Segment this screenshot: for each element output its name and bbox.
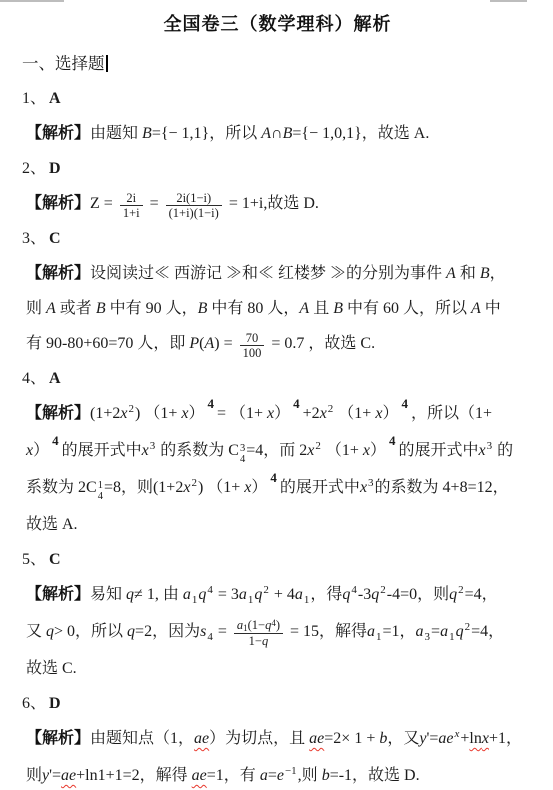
text-run: =8，则(1+2 [104,479,183,496]
text-run: ，得 [310,586,342,603]
fraction: 2i(1−i)(1+i)(1−i) [166,191,222,221]
text-run: B [333,300,343,317]
text-run: A [471,300,481,317]
text-run: = 15，解得 [286,623,367,640]
text-run: 故选 A. [26,516,78,533]
text-run: (1+i)(1−i) [169,206,219,220]
text-run: (1+2 [90,405,120,422]
text-run: 中 [481,300,501,317]
text-run: b [322,767,330,784]
text-run: （1+ [334,405,375,422]
text-run: ae [309,730,324,747]
text-run: e [277,767,284,784]
text-run: 4 [204,396,217,411]
fraction-numerator: 2i [120,191,143,205]
question-number: 3、 [22,230,46,247]
text-run: =4， [465,586,498,603]
text-run: 系数为 2C [26,479,97,496]
text-line: 则 A 或者 B 中有 90 人，B 中有 80 人，A 且 B 中有 60 人… [22,291,533,326]
page-title: 全国卷三（数学理科）解析 [22,8,533,40]
text-run: 由题知 [90,125,142,142]
text-run: ae [194,730,209,747]
text-line: 故选 C. [22,651,533,686]
text-run: 70 [246,331,259,345]
text-line: 有 90-80+60=70 人，即 P(A) = 70100 = 0.7 ，故选… [22,326,533,361]
answer-line: 2、D [22,151,533,186]
text-run: ae [61,767,76,784]
document-page: 全国卷三（数学理科）解析 一、选择题 1、A 【解析】由题知 B={− 1,1}… [0,0,553,790]
text-run: ) （1+ [198,479,244,496]
stack-superscript: 1 [98,480,103,491]
fraction: 70100 [240,331,265,361]
text-run: a [260,767,268,784]
fraction: 2i1+i [120,191,143,221]
text-run: ) = [214,335,236,352]
page-top-edge-right [490,0,527,2]
text-run: a [367,623,375,640]
text-run: x [320,405,327,422]
spellcheck-underlined-text: ae [192,767,207,784]
fraction-numerator: 70 [240,331,265,345]
text-run: B [142,125,152,142]
text-run: 的展开式中 [62,442,142,459]
text-run: ） [370,442,386,459]
text-run: ） [251,479,267,496]
fraction-denominator: (1+i)(1−i) [166,205,222,221]
question-number: 2、 [22,160,46,177]
answer-line: 6、D [22,686,533,721]
text-run: 【解析】 [26,265,90,282]
text-run: x [453,728,460,740]
text-run: -4=0，则 [387,586,449,603]
text-run: q [456,623,464,640]
text-run: 3 [486,440,494,452]
text-run: ∩ [271,125,283,142]
text-line: 故选 A. [22,507,533,542]
text-run: 2i(1−i) [176,191,211,205]
text-run: '= [426,730,438,747]
text-run: 设阅读过≪ 西游记 ≫和≪ 红楼梦 ≫的分别为事件 [90,265,446,282]
text-run: 的展开式中 [398,442,478,459]
text-run: 【解析】 [26,405,90,422]
text-run: 4 [350,584,358,596]
text-run: = [431,623,440,640]
text-run: ，所以（1+ [411,405,492,422]
question-number: 1、 [22,90,46,107]
answer-letter: D [46,695,61,712]
text-run: q [262,634,268,648]
text-run: 2 [127,403,135,415]
answer-letter: A [46,90,61,107]
fraction-numerator: a1(1−q4) [234,618,283,633]
text-line: 【解析】由题知 B={− 1,1}，所以 A∩B={− 1,0,1}，故选 A. [22,116,533,151]
text-line: 又 q> 0，所以 q=2，因为s4 = a1(1−q4)1−q = 15，解得… [22,614,533,651]
text-run: + 4 [270,586,295,603]
text-run: = （1+ [217,405,267,422]
text-run: 3 [424,631,432,643]
text-run: P [189,335,199,352]
text-run: 4 [206,584,214,596]
text-run: 100 [243,346,262,360]
text-run: ） [382,405,398,422]
text-run: B [96,300,106,317]
text-run: 和 [456,265,480,282]
question-block-4: 4、A 【解析】(1+2x2) （1+ x）4= （1+ x）4+2x2 （1+… [22,361,533,542]
fraction-denominator: 100 [240,345,265,361]
text-cursor [106,55,108,72]
answer-line: 1、A [22,81,533,116]
text-run: 4 [398,396,411,411]
text-run: 4 [49,433,62,448]
question-block-6: 6、D 【解析】由题知点（1，ae）为切点，且 ae=2× 1 + b，又y'=… [22,686,533,790]
text-run: x [142,442,149,459]
text-run: 有 90-80+60=70 人，即 [26,335,189,352]
text-run: A [446,265,456,282]
text-run: 2 [464,621,472,633]
text-run: =2，因为 [135,623,200,640]
text-run: 的系数为 C [156,442,239,459]
fraction-denominator: 1−q [234,633,283,649]
text-run: 则 [26,300,46,317]
text-run: （1+ [322,442,363,459]
text-line: 【解析】设阅读过≪ 西游记 ≫和≪ 红楼梦 ≫的分别为事件 A 和 B， [22,256,533,291]
answer-line: 4、A [22,361,533,396]
spellcheck-underlined-text: ae [61,767,76,784]
text-run: (1− [248,618,265,632]
text-run: =1，有 [207,767,260,784]
text-run: a [239,586,247,603]
analysis-paragraph: 【解析】(1+2x2) （1+ x）4= （1+ x）4+2x2 （1+ x）4… [22,396,533,542]
text-run: 1 [375,631,383,643]
text-run: ) （1+ [135,405,181,422]
text-run: A [46,300,56,317]
text-run: q [127,623,135,640]
stack-subscript: 4 [98,491,103,502]
question-number: 6、 [22,695,46,712]
question-number: 5、 [22,551,46,568]
text-run: '= [49,767,61,784]
spellcheck-underlined-text: lnx [469,730,489,747]
answer-line: 3、C [22,221,533,256]
text-run: 3 [367,477,375,489]
text-run: 【解析】 [26,125,90,142]
text-run: 4 [267,470,280,485]
text-run: 由题知点（1， [90,730,194,747]
text-run: ）为切点，且 [209,730,309,747]
text-run: −1 [284,765,298,777]
text-run: +2 [303,405,320,422]
text-run: 易知 [90,586,126,603]
page-top-edge-left [0,0,64,2]
text-run: 1 [303,594,311,606]
analysis-paragraph: 【解析】设阅读过≪ 西游记 ≫和≪ 红楼梦 ≫的分别为事件 A 和 B，则 A … [22,256,533,361]
sup-sub-stack: 14 [98,480,103,502]
text-run: ≠ 1, 由 [134,586,183,603]
analysis-paragraph: 【解析】易知 q≠ 1, 由 a1q4 = 3a1q2 + 4a1，得q4-3q… [22,577,533,686]
text-run: ,则 [298,767,322,784]
text-run: 中有 90 人， [106,300,198,317]
text-run: = [146,195,163,212]
text-run: 2 [190,477,198,489]
text-run: 的 [493,442,513,459]
text-run: = 1+i,故选 D. [225,195,319,212]
answer-letter: C [46,551,61,568]
text-run: =-1，故选 D. [330,767,420,784]
text-run: ) [276,618,280,632]
text-run: ={− 1,1}，所以 [152,125,261,142]
text-line: 【解析】(1+2x2) （1+ x）4= （1+ x）4+2x2 （1+ x）4… [22,396,533,433]
text-run: 的系数为 4+8=12， [375,479,509,496]
text-run: a [183,586,191,603]
text-run: ae [438,730,453,747]
text-run: 2 [327,403,335,415]
text-run: =4， [471,623,504,640]
text-run: 4 [386,433,399,448]
spellcheck-underlined-text: ae [309,730,324,747]
text-run: 且 [309,300,333,317]
text-line: 则y'=ae+ln1+1=2，解得 ae=1，有 a=e−1,则 b=-1，故选… [22,758,533,790]
text-run: 【解析】 [26,586,90,603]
text-line: 【解析】由题知点（1，ae）为切点，且 ae=2× 1 + b，又y'=aex+… [22,721,533,758]
text-run: 【解析】 [26,730,90,747]
section-heading: 一、选择题 [22,46,533,81]
text-run: 2 [262,584,270,596]
sup-sub-stack: 34 [240,443,245,465]
text-run: ae [192,767,207,784]
text-run: 【解析】 [26,195,90,212]
text-run: -3 [358,586,371,603]
text-run: q [449,586,457,603]
fraction-numerator: 2i(1−i) [166,191,222,205]
text-run: =2× 1 + [324,730,379,747]
text-run: x [363,442,370,459]
question-block-5: 5、C 【解析】易知 q≠ 1, 由 a1q4 = 3a1q2 + 4a1，得q… [22,542,533,686]
text-run: 1 [247,594,255,606]
answer-letter: C [46,230,61,247]
text-run: B [480,265,490,282]
text-run: = 3 [214,586,239,603]
fraction-denominator: 1+i [120,205,143,221]
question-block-2: 2、D 【解析】Z = 2i1+i = 2i(1−i)(1+i)(1−i) = … [22,151,533,221]
text-run: 或者 [56,300,96,317]
text-run: =1， [383,623,416,640]
text-run: 1+i [123,206,140,220]
stack-subscript: 4 [240,454,245,465]
text-run: = 0.7 ，故选 C. [267,335,375,352]
text-run: 2i [126,191,136,205]
answer-letter: A [46,370,61,387]
text-run: =4，而 2 [246,442,307,459]
text-run: x [482,730,489,747]
text-line: 系数为 2C14=8，则(1+2x2) （1+ x）4的展开式中x3的系数为 4… [22,470,533,507]
question-block-3: 3、C 【解析】设阅读过≪ 西游记 ≫和≪ 红楼梦 ≫的分别为事件 A 和 B，… [22,221,533,361]
text-run: q [126,586,134,603]
text-run: 3 [149,440,157,452]
text-run: 则 [26,767,42,784]
answer-line: 5、C [22,542,533,577]
text-run: A [261,125,271,142]
text-run: ={− 1,0,1}，故选 A. [292,125,429,142]
text-run: = [268,767,277,784]
text-run: ） [274,405,290,422]
text-run: 中有 80 人， [207,300,299,317]
text-run: x [360,479,367,496]
text-run: ， [490,265,506,282]
text-run: 4 [206,631,214,643]
text-run: ） [188,405,204,422]
text-line: 【解析】易知 q≠ 1, 由 a1q4 = 3a1q2 + 4a1，得q4-3q… [22,577,533,614]
text-line: x）4的展开式中x3 的系数为 C34=4，而 2x2 （1+ x）4的展开式中… [22,433,533,470]
text-run: 故选 C. [26,660,77,677]
text-run: ） [33,442,49,459]
stack-superscript: 3 [240,443,245,454]
fraction: a1(1−q4)1−q [234,618,283,649]
text-run: ln [469,730,481,747]
text-run: 1− [249,634,262,648]
answer-letter: D [46,160,61,177]
text-run: 1 [191,594,199,606]
question-block-1: 1、A 【解析】由题知 B={− 1,1}，所以 A∩B={− 1,0,1}，故… [22,81,533,151]
text-run: B [198,300,208,317]
section-heading-text: 一、选择题 [22,54,105,73]
text-run: x [479,442,486,459]
text-run: +1， [489,730,522,747]
text-run: A [299,300,309,317]
text-run: q [46,623,54,640]
text-run: 1 [448,631,456,643]
text-line: 【解析】Z = 2i1+i = 2i(1−i)(1+i)(1−i) = 1+i,… [22,186,533,221]
text-run: 2 [457,584,465,596]
text-run: a [440,623,448,640]
text-run: B [283,125,293,142]
question-number: 4、 [22,370,46,387]
spellcheck-underlined-text: ae [194,730,209,747]
text-run: 中有 60 人，所以 [343,300,471,317]
text-run: ，又 [387,730,419,747]
text-run: a [416,623,424,640]
analysis-paragraph: 【解析】Z = 2i1+i = 2i(1−i)(1+i)(1−i) = 1+i,… [22,186,533,221]
text-run: 又 [26,623,46,640]
text-run: = [214,623,231,640]
text-run: 1 [243,623,248,633]
text-run: 4 [290,396,303,411]
text-run: 2 [379,584,387,596]
text-run: 2 [314,440,322,452]
analysis-paragraph: 【解析】由题知 B={− 1,1}，所以 A∩B={− 1,0,1}，故选 A. [22,116,533,151]
text-run: +ln1+1=2，解得 [76,767,192,784]
text-run: > 0，所以 [54,623,127,640]
text-run: 4 [271,618,276,628]
text-run: Z = [90,195,117,212]
text-run: a [295,586,303,603]
text-run: 的展开式中 [280,479,360,496]
text-run: A [205,335,215,352]
analysis-paragraph: 【解析】由题知点（1，ae）为切点，且 ae=2× 1 + b，又y'=aex+… [22,721,533,790]
